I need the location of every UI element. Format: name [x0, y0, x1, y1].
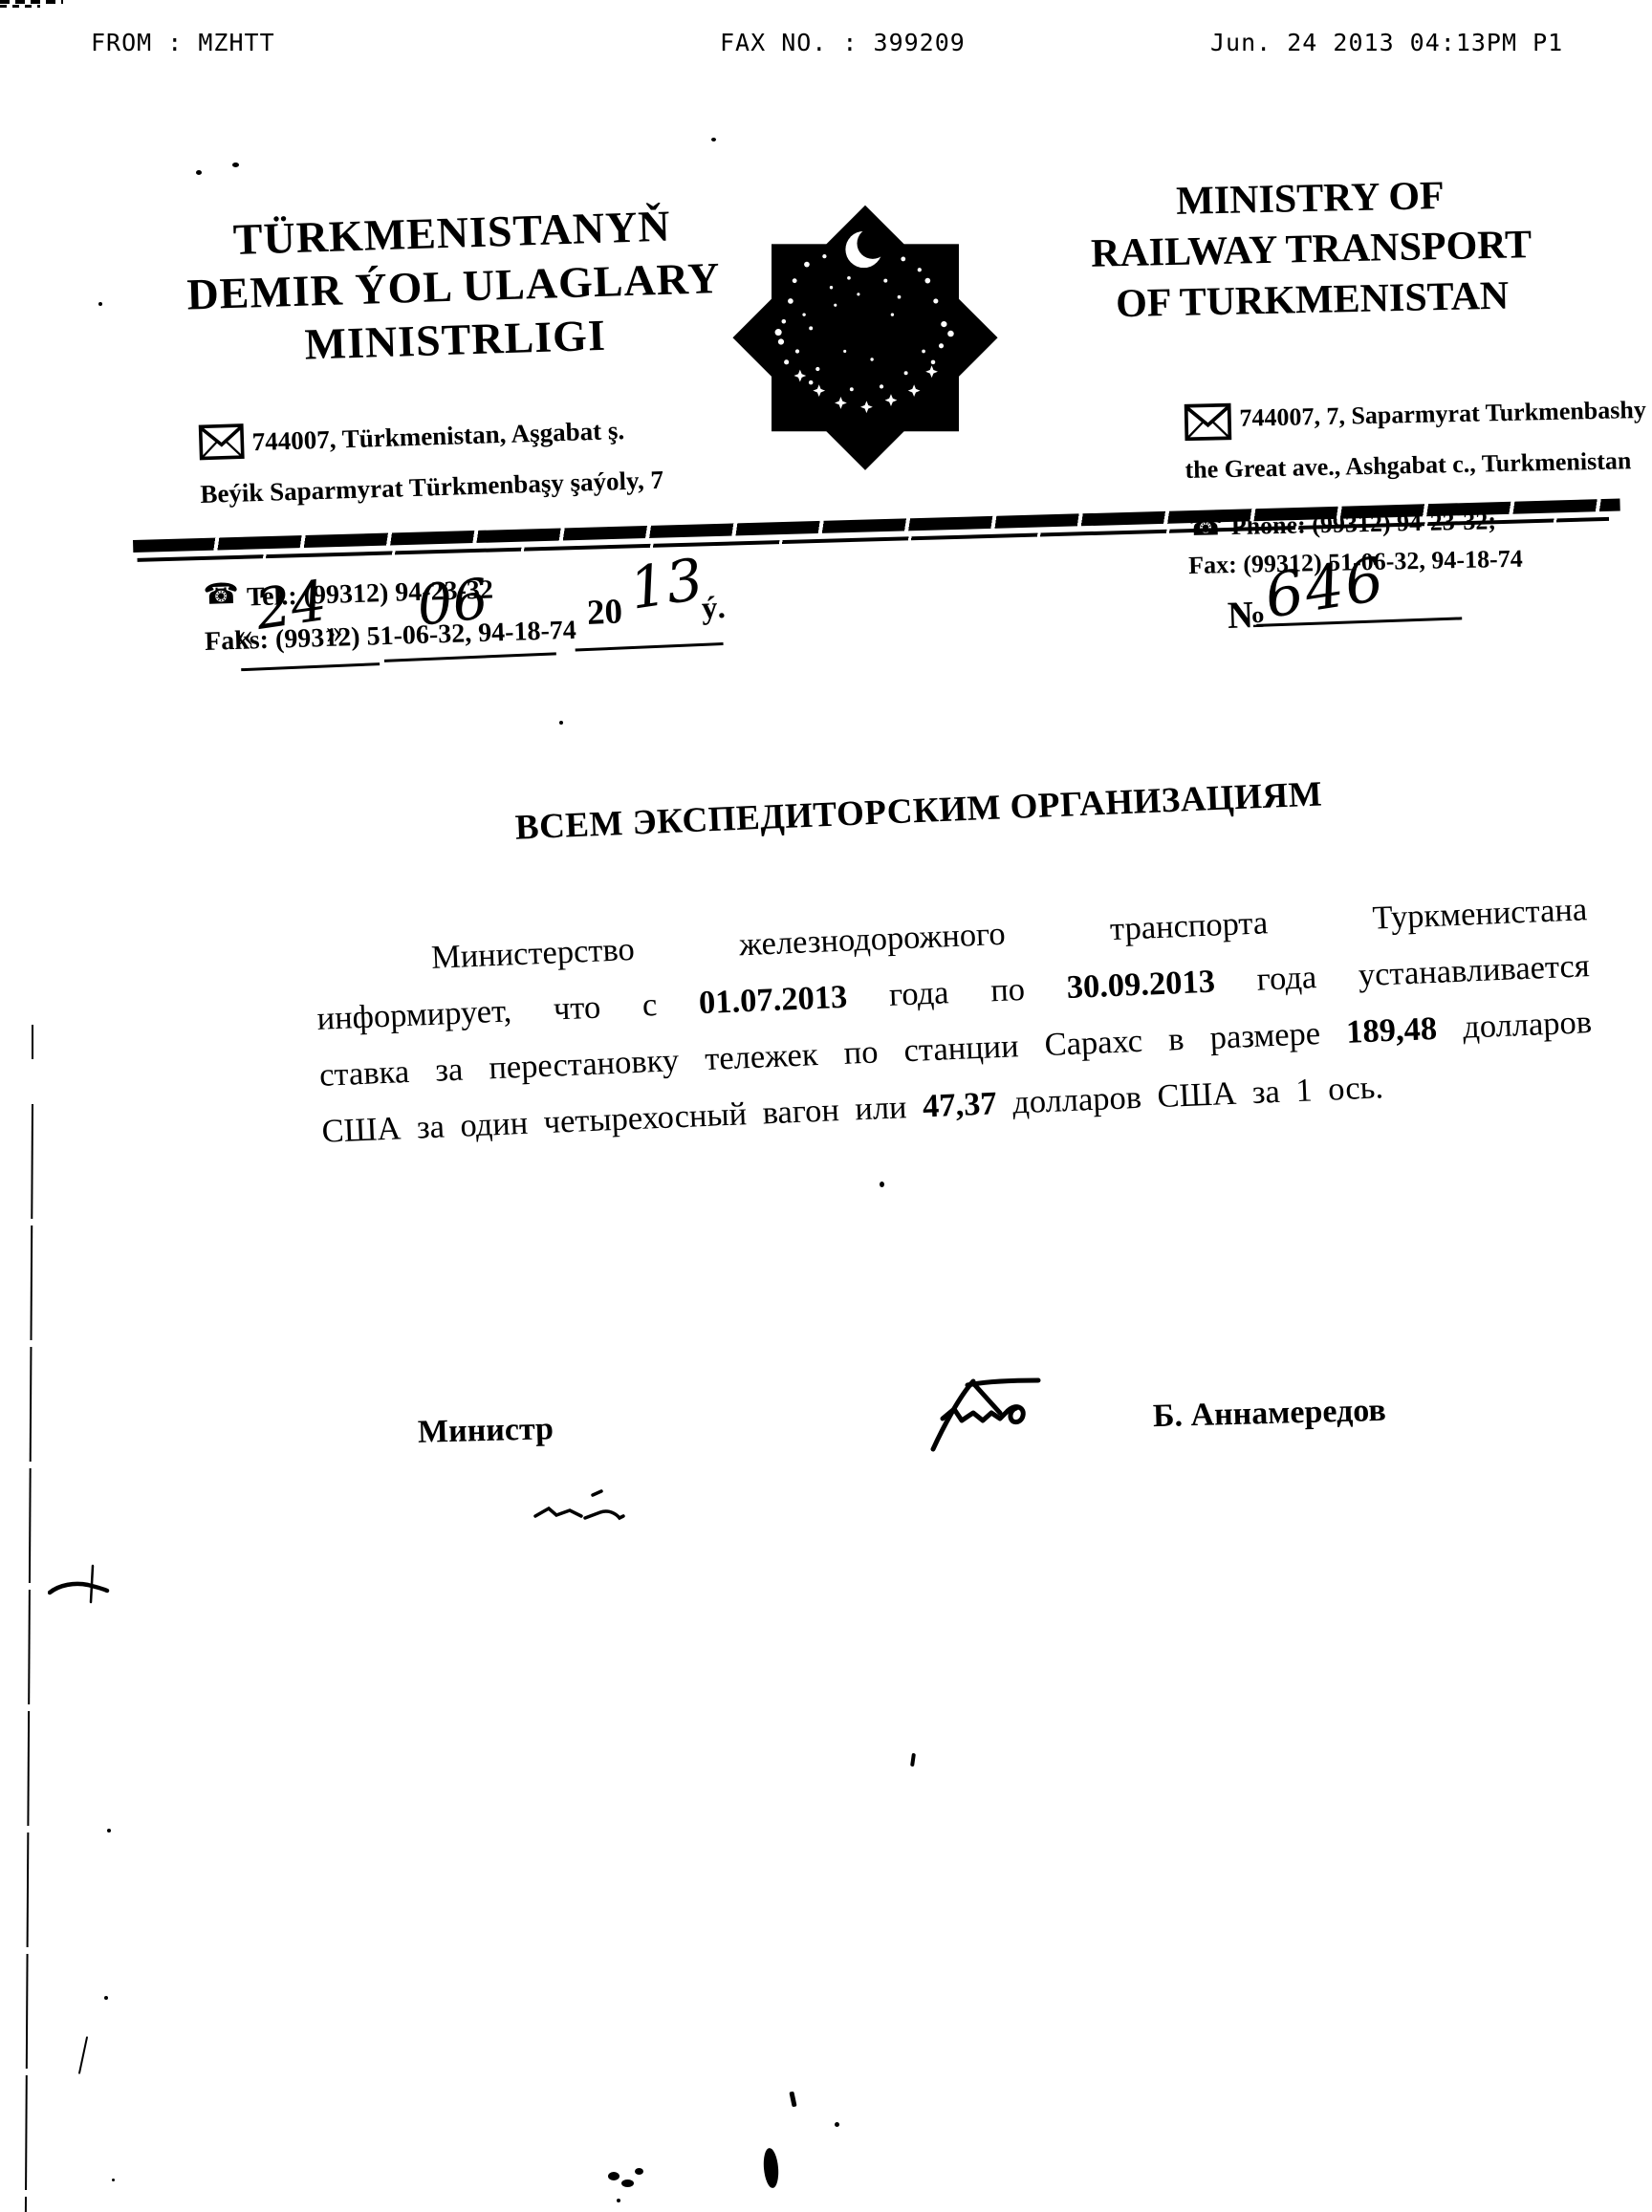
address-turkmen: 744007, Türkmenistan, Aşgabat ş. Beýik S…: [198, 406, 664, 517]
body-paragraph: Министерство железнодорожного транспорта…: [314, 881, 1596, 1160]
year-suffix: ý.: [701, 591, 726, 627]
address-turkmen-line1: 744007, Türkmenistan, Aşgabat ş.: [251, 407, 625, 465]
scan-speck: [196, 170, 202, 175]
scan-line: [25, 1104, 33, 2212]
scan-blob: [621, 2179, 634, 2187]
scan-tick: [789, 2092, 796, 2108]
scan-line-segment: [32, 1025, 33, 1059]
scan-speck: [617, 2199, 620, 2202]
fax-number-label: FAX NO. : 399209: [720, 29, 966, 56]
body-text: долларов: [1436, 1004, 1593, 1047]
scan-tick: [910, 1753, 916, 1767]
ministry-emblem-icon: [729, 199, 1001, 478]
letter-heading: ВСЕМ ЭКСПЕДИТОРСКИМ ОРГАНИЗАЦИЯМ: [486, 772, 1352, 850]
date-line: « 24 » 06 20 13 ý.: [220, 552, 760, 698]
scan-speck: [104, 1996, 108, 2000]
scan-speck: [98, 302, 102, 306]
body-bold-value: 189,48: [1345, 1010, 1437, 1051]
quote-close: »: [325, 611, 344, 652]
envelope-icon: [198, 423, 246, 474]
scan-speck: [559, 721, 563, 725]
address-english-line1: 744007, 7, Saparmyrat Turkmenbashy: [1239, 390, 1646, 439]
fax-page: FROM : MZHTT FAX NO. : 399209 Jun. 24 20…: [0, 0, 1652, 2212]
org-title-english: MINISTRY OF RAILWAY TRANSPORT OF TURKMEN…: [1034, 168, 1588, 332]
org-title-turkmen: TÜRKMENISTANYŇ DEMIR ÝOL ULAGLARY MINIST…: [141, 197, 767, 377]
document-number-line: № 646: [1226, 553, 1477, 658]
address-english-line2: the Great ave., Ashgabat c., Turkmenista…: [1185, 441, 1647, 490]
body-text: года устанавливается: [1214, 947, 1590, 999]
margin-cross-mark: [48, 1558, 111, 1606]
signer-name: Б. Аннамередов: [1153, 1393, 1387, 1435]
day-underline: [241, 662, 380, 671]
envelope-icon: [1184, 402, 1232, 454]
body-text: информирует, что с: [316, 985, 700, 1037]
scan-speck: [232, 163, 239, 167]
body-bold-value: 01.07.2013: [698, 979, 848, 1021]
fax-timestamp: Jun. 24 2013 04:13PM P1: [1210, 29, 1563, 56]
scan-speck: [880, 1182, 884, 1187]
quote-open: «: [235, 615, 254, 656]
scan-speck: [107, 1829, 111, 1832]
month-underline: [384, 652, 556, 662]
body-bold-value: 47,37: [922, 1085, 997, 1124]
scan-speck: [835, 2122, 839, 2127]
handwritten-month: 06: [414, 566, 491, 639]
year-underline: [576, 642, 724, 651]
fax-from-label: FROM : MZHTT: [91, 29, 275, 56]
scan-noise-strip: [0, 5, 40, 8]
scan-speck: [711, 138, 716, 141]
scan-blob: [762, 2147, 780, 2188]
address-english: 744007, 7, Saparmyrat Turkmenbashy the G…: [1184, 390, 1647, 490]
scan-blob: [608, 2172, 619, 2180]
pen-scribble-icon: [532, 1489, 627, 1528]
body-bold-value: 30.09.2013: [1066, 964, 1216, 1006]
scan-noise-strip: [0, 0, 63, 4]
body-text: долларов США за 1 ось.: [996, 1069, 1384, 1121]
signer-title: Министр: [418, 1411, 554, 1451]
number-sign: №: [1227, 592, 1267, 638]
handwritten-day: 24: [251, 568, 331, 642]
org-title-english-line3: OF TURKMENISTAN: [1036, 270, 1588, 332]
scan-speck: [112, 2179, 115, 2181]
year-prefix: 20: [586, 591, 623, 634]
body-text: года по: [846, 969, 1067, 1015]
handwritten-year: 13: [625, 546, 707, 622]
signature-icon: [929, 1375, 1042, 1453]
scan-tick: [78, 2036, 88, 2074]
scan-blob: [635, 2168, 643, 2175]
